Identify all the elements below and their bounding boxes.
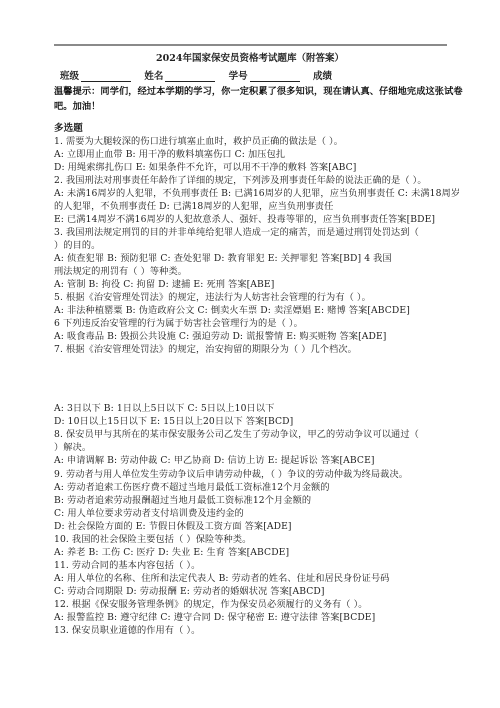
question-line: D: 用绳索绑扎伤口 E: 如果条件不允许，可以用不干净的敷料 答案[ABC] bbox=[54, 162, 356, 174]
question-line: A: 立即用止血带 B: 用干净的敷料填塞伤口 C: 加压包扎 bbox=[54, 149, 285, 161]
question-line: 5. 根据《治安管理处罚法》的规定，违法行为人妨害社会管理的行为有（ ）。 bbox=[54, 292, 371, 304]
question-line: ）解决。 bbox=[54, 442, 91, 454]
name-label: 姓名 bbox=[144, 71, 163, 82]
question-line: 6 下列违反治安管理的行为属于妨害社会管理行为的是（ ）。 bbox=[54, 318, 303, 330]
class-field[interactable] bbox=[81, 71, 131, 82]
header-rule bbox=[54, 44, 447, 46]
tip-line-1: 温馨提示：同学们，经过本学期的学习，你一定积累了很多知识，现在请认真、仔细地完成… bbox=[54, 86, 463, 98]
tip-line-2: 吧。加油！ bbox=[54, 101, 100, 113]
score-label: 成绩 bbox=[313, 71, 332, 82]
question-line: A: 侦查犯罪 B: 预防犯罪 C: 查处犯罪 D: 教育罪犯 E: 关押罪犯 … bbox=[54, 253, 392, 265]
question-line: 3. 我国刑法规定刑罚的目的并非单纯给犯罪人造成一定的痛苦，而是通过刑罚处罚达到… bbox=[54, 227, 419, 239]
question-line: 7. 根据《治安管理处罚法》的规定，治安拘留的期限分为（ ）几个档次。 bbox=[54, 344, 357, 356]
exam-page: 2024年国家保安员资格考试题库（附答案） 班级 姓名 学号 成绩 温馨提示：同… bbox=[0, 0, 500, 708]
question-line: A: 劳动者追索工伤医疗费不超过当地月最低工资标准12个月金额的 bbox=[54, 482, 330, 494]
student-info-row: 班级 姓名 学号 成绩 bbox=[60, 68, 332, 82]
question-line: ）的目的。 bbox=[54, 240, 100, 252]
question-line: 的人犯罪，不负刑事责任 D: 已满18周岁的人犯罪，应当负刑事责任 bbox=[54, 201, 333, 213]
name-field[interactable] bbox=[165, 71, 215, 82]
question-line: 刑法规定的刑罚有（ ）等种类。 bbox=[54, 266, 187, 278]
question-line: B: 劳动者追索劳动报酬超过当地月最低工资标准12个月金额的 bbox=[54, 495, 311, 507]
question-line: A: 管制 B: 拘役 C: 拘留 D: 逮捕 E: 死刑 答案[ABE] bbox=[54, 279, 274, 291]
question-line: 2. 我国刑法对刑事责任年龄作了详细的规定，下列涉及刑事责任年龄的说法正确的是（… bbox=[54, 175, 427, 187]
question-line: A: 养老 B: 工伤 C: 医疗 D: 失业 E: 生育 答案[ABCDE] bbox=[54, 547, 289, 559]
question-line: 1. 需要为大腿较深的伤口进行填塞止血时，救护员正确的做法是（ ）。 bbox=[54, 136, 343, 148]
question-line: 13. 保安员职业道德的作用有（ ）。 bbox=[54, 625, 200, 637]
question-line: C: 用人单位要求劳动者支付培训费及违约金的 bbox=[54, 508, 244, 520]
question-line: A: 3日以下 B: 1日以上5日以下 C: 5日以上10日以下 bbox=[54, 403, 274, 415]
student-id-label: 学号 bbox=[229, 71, 248, 82]
question-line: 8. 保安员甲与其所在的某市保安服务公司乙发生了劳动争议，甲乙的劳动争议可以通过… bbox=[54, 429, 419, 441]
question-line: C: 劳动合同期限 D: 劳动报酬 E: 劳动者的婚姻状况 答案[ABCD] bbox=[54, 586, 325, 598]
section-title: 多选题 bbox=[54, 123, 83, 135]
question-line: A: 报警监控 B: 遵守纪律 C: 遵守合同 D: 保守秘密 E: 遵守法律 … bbox=[54, 612, 375, 624]
class-label: 班级 bbox=[60, 71, 79, 82]
student-id-field[interactable] bbox=[250, 71, 300, 82]
question-line: D: 社会保险方面的 E: 节假日休假及工资方面 答案[ADE] bbox=[54, 521, 292, 533]
question-line: 12. 根据《保安服务管理条例》的规定，作为保安员必须履行的义务有（ ）。 bbox=[54, 599, 368, 611]
document-title: 2024年国家保安员资格考试题库（附答案） bbox=[0, 50, 500, 64]
question-line: D: 10日以上15日以下 E: 15日以上20日以下 答案[BCD] bbox=[54, 416, 293, 428]
question-line: A: 用人单位的名称、住所和法定代表人 B: 劳动者的姓名、住址和居民身份证号码 bbox=[54, 573, 390, 585]
question-line: A: 吸食毒品 B: 毁损公共设施 C: 强迫劳动 D: 谎报警情 E: 购买赃… bbox=[54, 331, 386, 343]
question-line: 11. 劳动合同的基本内容包括（ ）。 bbox=[54, 560, 200, 572]
question-line: E: 已满14周岁不满16周岁的人犯故意杀人、强奸、投毒等罪的，应当负刑事责任答… bbox=[54, 214, 435, 226]
question-line: A: 未满16周岁的人犯罪，不负刑事责任 B: 已满16周岁的人犯罪，应当负刑事… bbox=[54, 188, 460, 200]
question-line: 9. 劳动者与用人单位发生劳动争议后申请劳动仲裁，（ ）争议的劳动仲裁为终局裁决… bbox=[54, 469, 408, 481]
question-line: A: 申请调解 B: 劳动仲裁 C: 甲乙协商 D: 信访上访 E: 提起诉讼 … bbox=[54, 455, 375, 467]
question-line: 10. 我国的社会保险主要包括（ ）保险等种类。 bbox=[54, 534, 251, 546]
question-line: A: 非法种植罂粟 B: 伪造政府公文 C: 倒卖火车票 D: 卖淫嫖娼 E: … bbox=[54, 305, 410, 317]
